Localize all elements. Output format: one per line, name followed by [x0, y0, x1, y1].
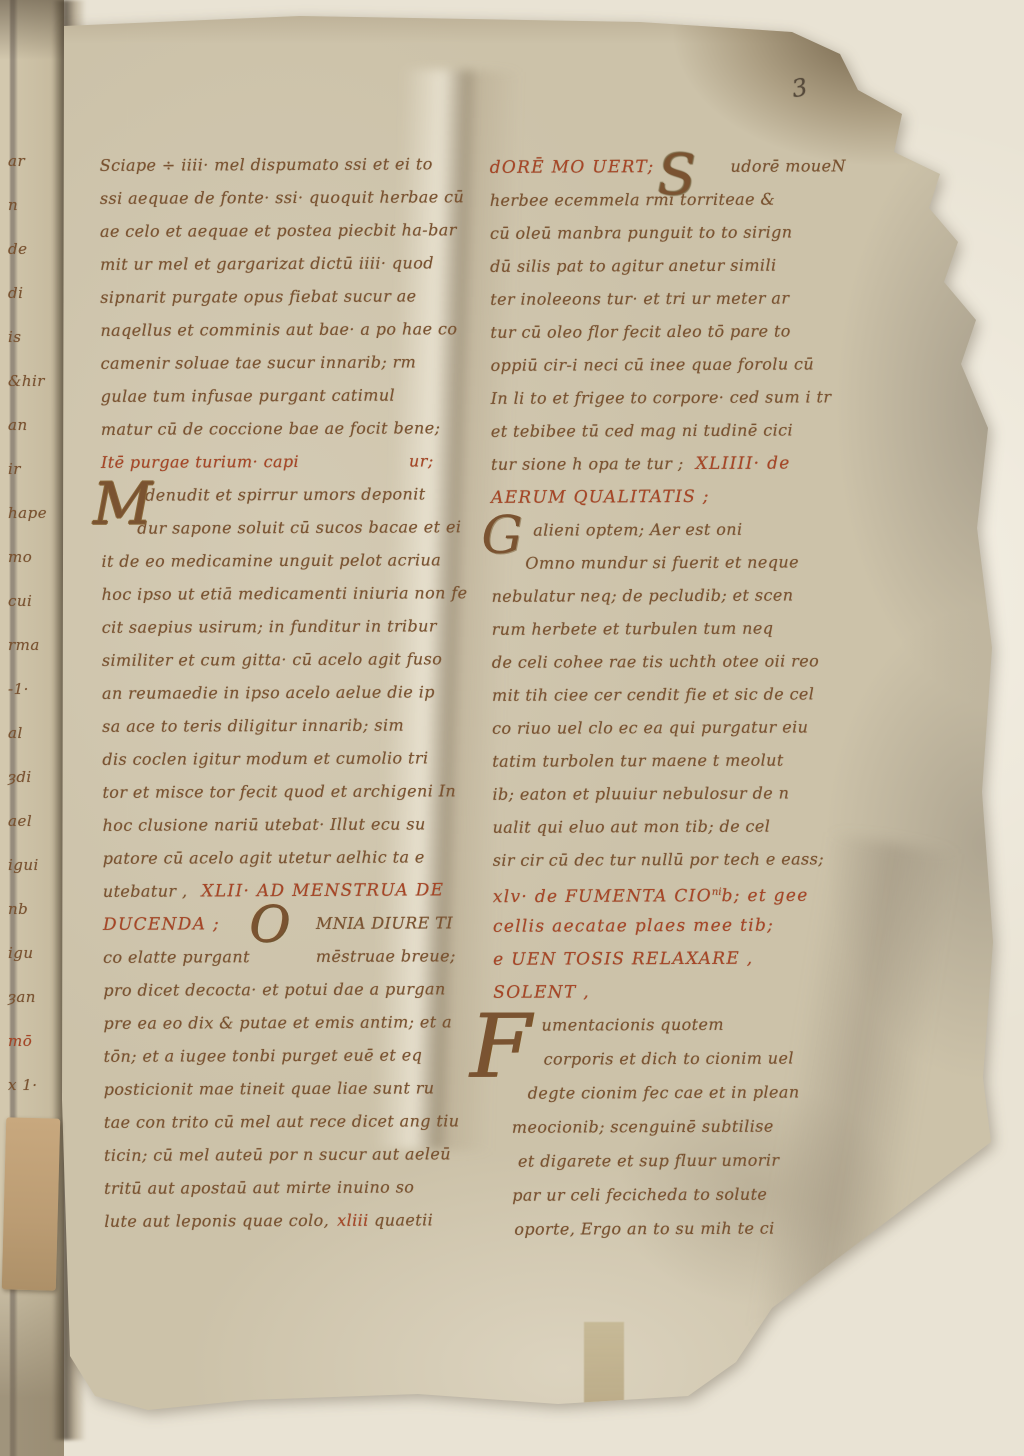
body-text: tritū aut apostaū aut mirte inuino so	[104, 1177, 414, 1197]
manuscript-line: dis coclen igitur modum et cumolio tri	[102, 741, 482, 776]
manuscript-line: Itē purgae turium· capiur;	[101, 444, 481, 479]
body-text: mit tih ciee cer cendit fie et sic de ce…	[492, 684, 814, 704]
body-text: hoc ipso ut etiā medicamenti iniuria non…	[102, 583, 468, 604]
manuscript-line: similiter et cum gitta· cū acelo agit fu…	[102, 642, 482, 677]
body-text: meocionib; scenguinē subtilise	[512, 1117, 774, 1137]
rubric-text: AERUM QUALITATIS ;	[491, 487, 710, 508]
body-text: dū silis pat to agitur anetur simili	[490, 256, 776, 276]
manuscript-line: sipnarit purgate opus fiebat sucur ae	[100, 279, 480, 314]
manuscript-line: gulae tum infusae purgant catimul	[101, 378, 481, 413]
body-text: denudit et spirrur umors deponit	[145, 484, 425, 504]
manuscript-line: cit saepius usirum; in funditur in tribu…	[102, 609, 482, 644]
rubric-text: ur;	[409, 451, 434, 470]
manuscript-line: mit tih ciee cer cendit fie et sic de ce…	[492, 677, 864, 712]
body-text: it de eo medicamine unguit pelot acriua	[101, 550, 441, 570]
manuscript-line: sir cir cū dec tur nullū por tech e eass…	[493, 842, 865, 877]
rubric-text: xlv· de FUMENTA CIO	[493, 886, 712, 907]
body-text: ib; eaton et pluuiur nebulosur de n	[492, 784, 789, 804]
body-text: co elatte purgant	[103, 947, 250, 967]
body-text: naqellus et comminis aut bae· a po hae c…	[100, 319, 457, 340]
rubric-text: b; et gee	[722, 886, 809, 906]
manuscript-line: ib; eaton et pluuiur nebulosur de n	[492, 776, 864, 811]
body-text: nebulatur neq; de pecludib; et scen	[492, 585, 794, 605]
binding-tape-strip	[2, 1117, 60, 1290]
manuscript-line: an reumaedie in ipso acelo aelue die ip	[102, 675, 482, 710]
body-text: mit ur mel et gargarizat dictū iiii· quo…	[100, 253, 434, 273]
body-text: co riuo uel clo ec ea qui purgatur eiu	[492, 717, 808, 737]
manuscript-line: ssi aequae de fonte· ssi· quoquit herbae…	[100, 180, 480, 215]
rubric-text: ni	[712, 887, 722, 898]
body-text: de celi cohee rae tis uchth otee oii reo	[492, 651, 819, 671]
rubric-text: XLIIII· de	[696, 454, 791, 474]
manuscript-line: Omno mundur si fuerit et neque	[491, 545, 863, 580]
manuscript-line: corporis et dich to cionim uel	[494, 1041, 866, 1077]
manuscript-line: camenir soluae tae sucur innarib; rm	[100, 345, 480, 380]
body-text: pre ea eo dix & putae et emis antim; et …	[103, 1012, 452, 1033]
manuscript-line: et digarete et sup fluur umorir	[494, 1143, 866, 1179]
body-text: tur cū oleo flor fecit aleo tō pare to	[490, 322, 790, 342]
body-text: et tebibee tū ced mag ni tudinē cici	[491, 420, 793, 440]
body-text: tur sione h opa te tur ;	[491, 454, 684, 474]
manuscript-line: hoc clusione nariū utebat· Illut ecu su	[103, 807, 483, 842]
body-text: corporis et dich to cionim uel	[544, 1048, 794, 1068]
manuscript-line: co elatte purgantmēstruae breue;	[103, 939, 483, 974]
body-text: pro dicet decocta· et potui dae a purgan	[103, 979, 445, 999]
decorated-initial-F: F	[469, 1003, 531, 1091]
body-text: similiter et cum gitta· cū acelo agit fu…	[102, 649, 442, 669]
manuscript-line: Galieni optem; Aer est oni	[491, 512, 863, 547]
body-text: tatim turbolen tur maene t meolut	[492, 751, 783, 771]
manuscript-line: pro dicet decocta· et potui dae a purgan	[103, 972, 483, 1007]
manuscript-line: Sciape ÷ iiii· mel dispumato ssi et ei t…	[100, 147, 480, 182]
manuscript-line: par ur celi fecicheda to solute	[494, 1177, 866, 1213]
body-text: sipnarit purgate opus fiebat sucur ae	[100, 286, 416, 306]
manuscript-line: rum herbete et turbulen tum neq	[492, 611, 864, 646]
body-text: udorē moueN	[730, 156, 845, 176]
body-text: utebatur ,	[103, 881, 188, 900]
manuscript-line: ae celo et aequae et postea piecbit ha-b…	[100, 213, 480, 248]
manuscript-line: tatim turbolen tur maene t meolut	[492, 743, 864, 778]
body-text: rum herbete et turbulen tum neq	[492, 619, 774, 639]
manuscript-line: dū silis pat to agitur anetur simili	[490, 248, 862, 283]
decorated-initial-S: S	[658, 148, 697, 204]
decorated-initial-O: O	[249, 899, 291, 949]
manuscript-line: matur cū de coccione bae ae focit bene;	[101, 411, 481, 446]
manuscript-line: de celi cohee rae tis uchth otee oii reo	[492, 644, 864, 679]
body-text: et digarete et sup fluur umorir	[518, 1151, 779, 1171]
body-text: ssi aequae de fonte· ssi· quoquit herbae…	[100, 187, 464, 208]
decorated-initial-G: G	[481, 510, 523, 562]
manuscript-line: dORĒ MO UERT;Sudorē moueN	[490, 149, 862, 184]
manuscript-line: SOLENT ,	[493, 974, 865, 1009]
body-text: lute aut leponis quae colo,	[104, 1211, 329, 1231]
manuscript-line: lute aut leponis quae colo,xliii quaetii	[104, 1203, 484, 1238]
body-text: degte cionim fec cae et in plean	[528, 1082, 800, 1102]
manuscript-line: posticionit mae tineit quae liae sunt ru	[104, 1071, 484, 1106]
manuscript-line: cū oleū manbra punguit to to sirign	[490, 215, 862, 250]
manuscript-line: cellis aecatae plaes mee tib;	[493, 908, 865, 943]
body-text: quaetii	[369, 1210, 434, 1229]
manuscript-line: e UEN TOSIS RELAXARE ,	[493, 941, 865, 976]
manuscript-line: tae con trito cū mel aut rece dicet ang …	[104, 1104, 484, 1139]
manuscript-photo: arndediis&hiranirhapemocuirma-1·alȝdiael…	[0, 0, 1024, 1456]
body-text: ticin; cū mel auteū por n sucur aut aele…	[104, 1144, 451, 1165]
body-text: oppiū cir-i neci cū inee quae forolu cū	[491, 354, 815, 374]
manuscript-line: meocionib; scenguinē subtilise	[494, 1109, 866, 1145]
body-text: In li to et frigee to corpore· ced sum i…	[491, 387, 832, 407]
manuscript-line: In li to et frigee to corpore· ced sum i…	[491, 380, 863, 415]
manuscript-line: oporte, Ergo an to su mih te ci	[494, 1211, 866, 1247]
parchment-surface: 3 Sciape ÷ iiii· mel dispumato ssi et ei…	[0, 0, 1024, 1456]
manuscript-line: mit ur mel et gargarizat dictū iiii· quo…	[100, 246, 480, 281]
body-text: cū oleū manbra punguit to to sirign	[490, 222, 793, 242]
body-text: gulae tum infusae purgant catimul	[101, 386, 395, 406]
body-text: Omno mundur si fuerit et neque	[525, 552, 799, 572]
body-text: par ur celi fecicheda to solute	[512, 1185, 767, 1205]
body-text: herbee ecemmela rmi torriteae &	[490, 190, 775, 210]
right-text-column: dORĒ MO UERT;Sudorē moueNherbee ecemmela…	[490, 149, 867, 1247]
manuscript-line: naqellus et comminis aut bae· a po hae c…	[100, 312, 480, 347]
body-text: dis coclen igitur modum et cumolio tri	[102, 748, 428, 768]
manuscript-line: co riuo uel clo ec ea qui purgatur eiu	[492, 710, 864, 745]
manuscript-line: sa ace to teris diligitur innarib; sim	[102, 708, 482, 743]
manuscript-line: ticin; cū mel auteū por n sucur aut aele…	[104, 1137, 484, 1172]
manuscript-line: et tebibee tū ced mag ni tudinē cici	[491, 413, 863, 448]
rubric-text: e UEN TOSIS RELAXARE ,	[493, 949, 753, 970]
rubric-text: DUCENDA ;	[103, 914, 220, 935]
manuscript-line: DUCENDA ;OMNIA DIURE TI	[103, 906, 483, 941]
rubric-text: XLII· AD MENSTRUA DE	[201, 880, 444, 901]
manuscript-line: oppiū cir-i neci cū inee quae forolu cū	[490, 347, 862, 382]
manuscript-line: it de eo medicamine unguit pelot acriua	[101, 543, 481, 578]
body-text: ter inoleeons tur· et tri ur meter ar	[490, 289, 789, 309]
repair-patch	[584, 1322, 624, 1404]
folio-number: 3	[790, 73, 810, 103]
decorated-initial-M: M	[93, 475, 153, 533]
parchment-page: 3 Sciape ÷ iiii· mel dispumato ssi et ei…	[0, 0, 1024, 1456]
manuscript-line: pre ea eo dix & putae et emis antim; et …	[103, 1005, 483, 1040]
body-text: tae con trito cū mel aut rece dicet ang …	[104, 1111, 460, 1132]
manuscript-line: ualit qui eluo aut mon tib; de cel	[492, 809, 864, 844]
rubric-text: cellis aecatae plaes mee tib;	[493, 916, 774, 937]
left-text-column: Sciape ÷ iiii· mel dispumato ssi et ei t…	[100, 147, 485, 1238]
body-text: oporte, Ergo an to su mih te ci	[514, 1219, 774, 1239]
rubric-text: dORĒ MO UERT;	[490, 157, 655, 178]
manuscript-line: hoc ipso ut etiā medicamenti iniuria non…	[101, 576, 481, 611]
body-text: umentacionis quotem	[541, 1015, 724, 1035]
body-text: ualit qui eluo aut mon tib; de cel	[493, 817, 771, 837]
manuscript-line: tōn; et a iugee tonbi purget euē et eq	[104, 1038, 484, 1073]
body-text: patore cū acelo agit utetur aelhic ta e	[103, 847, 425, 867]
body-text: ae celo et aequae et postea piecbit ha-b…	[100, 220, 457, 241]
manuscript-line: nebulatur neq; de pecludib; et scen	[491, 578, 863, 613]
rubric-text: xliii	[337, 1211, 369, 1230]
body-text: sa ace to teris diligitur innarib; sim	[102, 716, 404, 736]
manuscript-line: Fumentacionis quotem	[493, 1007, 865, 1043]
manuscript-line: tur sione h opa te tur ;XLIIII· de	[491, 446, 863, 481]
body-text: matur cū de coccione bae ae focit bene;	[101, 418, 441, 438]
manuscript-line: xlv· de FUMENTA CIOnib; et gee	[493, 875, 865, 910]
body-text: tōn; et a iugee tonbi purget euē et eq	[104, 1045, 423, 1065]
manuscript-line: tor et misce tor fecit quod et archigeni…	[102, 774, 482, 809]
body-text: camenir soluae tae sucur innarib; rm	[101, 352, 417, 372]
body-text: mēstruae breue;	[316, 946, 456, 966]
body-text: MNIA DIURE TI	[316, 913, 453, 933]
manuscript-line: degte cionim fec cae et in plean	[494, 1075, 866, 1111]
manuscript-line: patore cū acelo agit utetur aelhic ta e	[103, 840, 483, 875]
manuscript-line: AERUM QUALITATIS ;	[491, 479, 863, 514]
manuscript-line: tritū aut apostaū aut mirte inuino so	[104, 1170, 484, 1205]
manuscript-line: Mdenudit et spirrur umors deponit	[101, 477, 481, 512]
manuscript-line: ter inoleeons tur· et tri ur meter ar	[490, 281, 862, 316]
body-text: hoc clusione nariū utebat· Illut ecu su	[103, 814, 426, 834]
body-text: alieni optem; Aer est oni	[533, 520, 742, 540]
body-text: an reumaedie in ipso acelo aelue die ip	[102, 682, 435, 702]
body-text: Sciape ÷ iiii· mel dispumato ssi et ei t…	[100, 154, 433, 174]
body-text: cit saepius usirum; in funditur in tribu…	[102, 616, 437, 636]
manuscript-line: utebatur ,XLII· AD MENSTRUA DE	[103, 873, 483, 908]
body-text: sir cir cū dec tur nullū por tech e eass…	[493, 849, 824, 869]
body-text: tor et misce tor fecit quod et archigeni…	[102, 781, 456, 802]
body-text: dur sapone soluit cū sucos bacae et ei	[137, 517, 461, 537]
manuscript-line: dur sapone soluit cū sucos bacae et ei	[101, 510, 481, 545]
body-text: posticionit mae tineit quae liae sunt ru	[104, 1078, 435, 1098]
manuscript-line: tur cū oleo flor fecit aleo tō pare to	[490, 314, 862, 349]
